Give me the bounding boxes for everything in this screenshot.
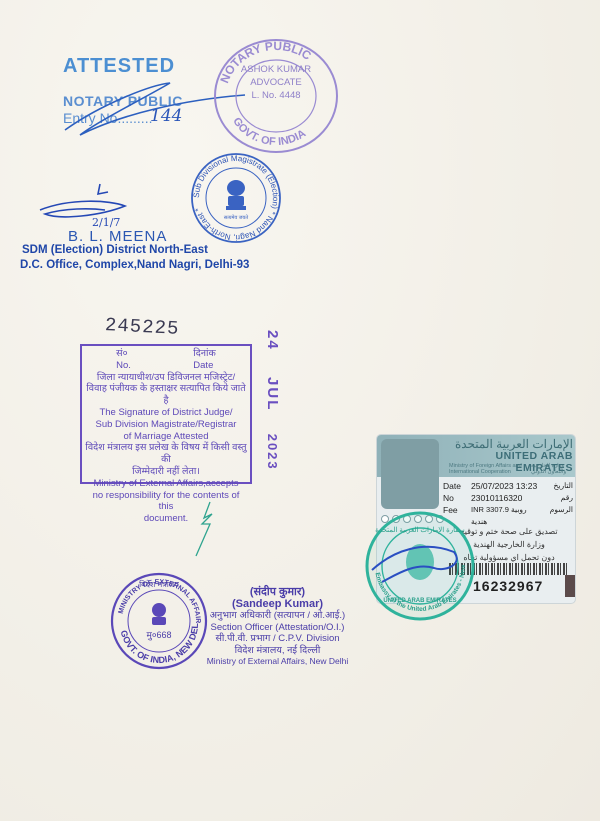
svg-text:سفارة الإمارات العربية المتحدة: سفارة الإمارات العربية المتحدة (375, 526, 465, 534)
sticker-edge-mark (565, 575, 575, 597)
date-stamp-year: 2023 (265, 434, 280, 471)
notary-role: ADVOCATE (238, 76, 314, 89)
field-label-ar: رقم (543, 492, 573, 504)
uae-title-ar: الإمارات العربية المتحدة (449, 437, 573, 451)
stamp-line: of Marriage Attested (85, 431, 247, 443)
no-label: No. (116, 360, 131, 372)
stamp-line: The Signature of District Judge/ (85, 407, 247, 419)
svg-text:विदेश मंत्रालय: विदेश मंत्रालय (139, 579, 179, 589)
field-no: No23010116320رقم (443, 492, 573, 504)
date-label: Date (193, 360, 216, 372)
officer-name-hi: (संदीप कुमार) (205, 587, 350, 599)
sdm-name: B. L. MEENA (68, 228, 167, 245)
svg-text:UNITED ARAB EMIRATES: UNITED ARAB EMIRATES (383, 598, 456, 604)
officer-title: Section Officer (Attestation/O.I.) (205, 622, 350, 634)
field-value: 23010116320 (471, 492, 543, 504)
officer-signature-block: (संदीप कुमार) (Sandeep Kumar) अनुभाग अधि… (205, 587, 350, 668)
svg-text:सत्यमेव जयते: सत्यमेव जयते (224, 214, 248, 221)
svg-text:मु०668: मु०668 (146, 630, 171, 641)
initials-signature (188, 500, 228, 558)
stamp-line: जिम्मेदारी नहीं लेता। (85, 466, 247, 478)
sticker-number: 16232967 (473, 578, 543, 594)
notary-licence: L. No. 4448 (238, 89, 314, 102)
no-label-hi: सं० (116, 348, 131, 360)
stamp-line: Sub Division Magistrate/Registrar (85, 419, 247, 431)
stamp-line: विवाह पंजीयक के हस्ताक्षर सत्यापित किये … (85, 383, 247, 407)
ashoka-emblem-icon (152, 603, 166, 625)
notary-name: ASHOK KUMAR (238, 63, 314, 76)
sdm-designation: SDM (Election) District North-East (22, 244, 208, 256)
ministry-ar: وزارة الخارجية والتعاون الدولي (531, 463, 573, 475)
date-label-hi: दिनांक (193, 348, 216, 360)
officer-name: (Sandeep Kumar) (205, 599, 350, 611)
mea-seal: MINISTRY OF EXTERNAL AFFAIRS GOVT. OF IN… (110, 572, 208, 670)
stamp-line: जिला न्यायाधीश/उप डिविजनल मजिस्ट्रेट/ (85, 372, 247, 384)
ministry-en: Ministry of Foreign Affairs and Internat… (449, 463, 531, 475)
sdm-address: D.C. Office, Complex,Nand Nagri, Delhi-9… (20, 259, 249, 271)
uae-embassy-seal: Embassy of the United Arab Emirates - Ne… (364, 510, 476, 622)
field-label: Date (443, 480, 471, 492)
stamp-line: Ministry of External Affairs,accepts (85, 478, 247, 490)
stamp-line: विदेश मंत्रालय इस प्रलेख के विषय में किस… (85, 442, 247, 466)
officer-division: सी.पी.वी. प्रभाग / C.P.V. Division (205, 633, 350, 645)
officer-ministry-hi: विदेश मंत्रालय, नई दिल्ली (205, 645, 350, 657)
sdm-signature: 2/1/7 (30, 180, 140, 230)
field-value: 25/07/2023 13:23 (471, 480, 543, 492)
field-date: Date25/07/2023 13:23التاريخ (443, 480, 573, 492)
field-label-ar: التاريخ (543, 480, 573, 492)
sdm-seal: Sub Divisional Magistrate (Election) * N… (190, 152, 282, 244)
date-stamp: 24 JUL 2023 (264, 330, 281, 471)
mea-attestation-stamp: सं०No. दिनांकDate जिला न्यायाधीश/उप डिवि… (80, 344, 252, 484)
officer-ministry: Ministry of External Affairs, New Delhi (205, 656, 350, 668)
uae-eagle-emblem-icon (381, 439, 439, 509)
notary-seal-details: ASHOK KUMAR ADVOCATE L. No. 4448 (238, 63, 314, 127)
date-stamp-day: 24 (264, 330, 281, 351)
uae-ministry: Ministry of Foreign Affairs and Internat… (449, 463, 573, 475)
date-stamp-month: JUL (264, 377, 281, 411)
officer-title-hi: अनुभाग अधिकारी (सत्यापन / ओ.आई.) (205, 610, 350, 622)
serial-number: 245225 (104, 314, 179, 340)
ashoka-emblem-icon (226, 180, 246, 210)
field-label: No (443, 492, 471, 504)
